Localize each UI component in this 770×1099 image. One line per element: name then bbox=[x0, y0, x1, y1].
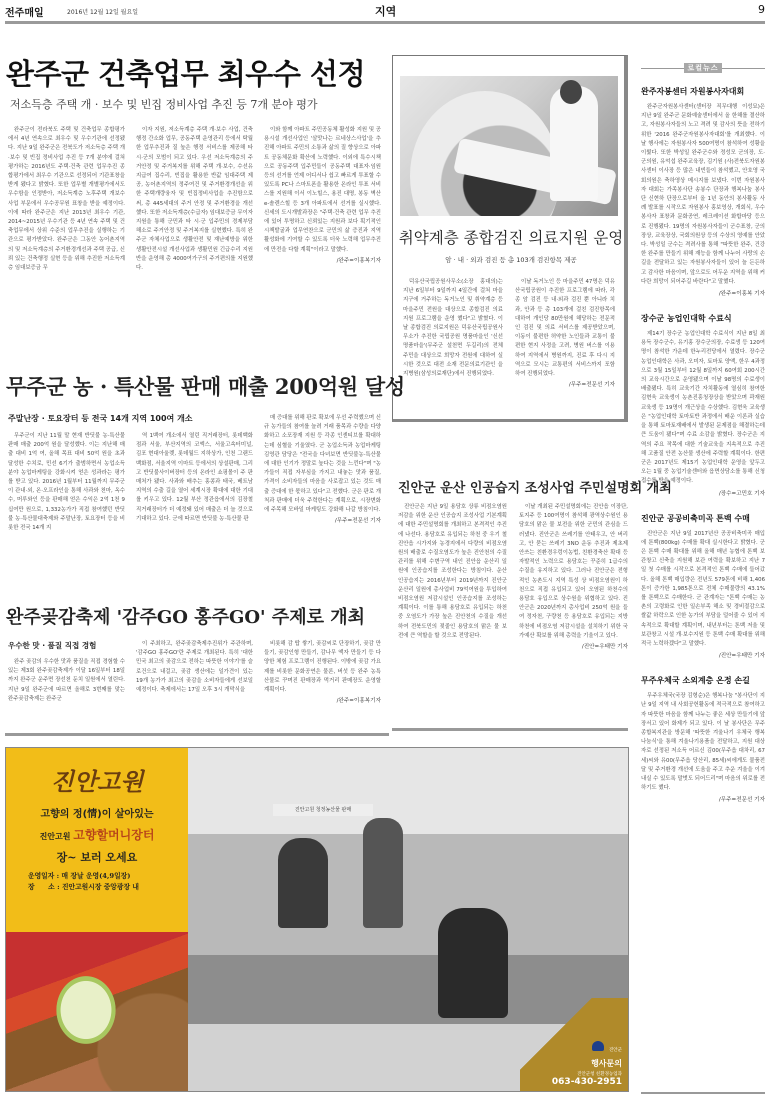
article-2-headline: 취약계층 종합검진 의료지원 운영 bbox=[393, 226, 629, 248]
right-article-4-headline: 무주우체국 소외계층 온정 손길 bbox=[641, 675, 765, 686]
article-3-byline: /무주=전문선 기자 bbox=[264, 517, 381, 526]
article-4-column-1: 진안군은 지난 9일 용담호 상류 비점오염원 저감을 위한 운산 인공습지 조… bbox=[398, 503, 507, 652]
ad-call-to-action: 장~ 보러 오세요 bbox=[6, 849, 188, 865]
article-2-column-2: 이날 독거노인 등 마을주민 47명은 덕유산국립공원이 추진한 프로그램에 따… bbox=[515, 278, 615, 390]
local-news-banner: 로컬뉴스 bbox=[641, 55, 765, 69]
article-4-body: 진안군은 지난 9일 용담호 상류 비점오염원 저감을 위한 운산 인공습지 조… bbox=[398, 503, 628, 652]
article-1-column-1: 완주군이 전라북도 주택 및 건축업무 종합평가에서 4년 연속으로 최우수 및… bbox=[8, 126, 125, 273]
article-5-byline: /완주=이홍복기자 bbox=[264, 697, 381, 706]
article-5-column-2: 이 주최하고, 완주곶감축제추진위가 주관하며, '감주GO 홍주GO'란 주제… bbox=[136, 640, 253, 706]
article-3-column-1: 무주군이 지난 11월 말 현재 반딧불 농·특산물 판매 매출 200억 원을… bbox=[8, 432, 125, 533]
section-title: 지역 bbox=[375, 3, 396, 19]
article-5-end-rule bbox=[5, 733, 389, 736]
doctor-head bbox=[560, 80, 582, 104]
article-4-column-2: 이날 개최된 주민설명회에는 진안읍 이장단, 토지주 등 100여명이 참석해… bbox=[519, 503, 628, 652]
article-1-subheadline: 저소득층 주택 개 · 보수 및 빈집 정비사업 추진 등 7개 분야 평가 bbox=[10, 96, 317, 112]
ad-contact: 진안군 행사문의 진안군청 친환경농업과 063-430-2951 bbox=[552, 1036, 622, 1087]
right-article-4-byline: /무주=전문선 기자 bbox=[641, 795, 765, 803]
local-news-logo: 로컬뉴스 bbox=[684, 63, 721, 73]
article-1-headline: 완주군 건축업무 최우수 선정 bbox=[6, 52, 365, 93]
local-news-column: 로컬뉴스 완주자봉센터 자원봉사자대회 완주군자원봉사센터(센터장 직무대행 이… bbox=[641, 55, 765, 803]
article-5-column-3: 비롯해 감 탑 쌓기, 곶감씨로 단장하기, 곶감 만들기, 곶감인형 만들기,… bbox=[264, 640, 381, 706]
market-advertisement[interactable]: 진안고원 고향의 정(情)이 살아있는 진안고원 고향할머니장터 장~ 보러 오… bbox=[5, 747, 629, 1092]
article-3-headline: 무주군 농 · 특산물 판매 매출 200억원 달성 bbox=[6, 371, 405, 401]
vendor-figure bbox=[438, 908, 508, 1018]
issue-date: 2016년 12월 12일 월요일 bbox=[67, 7, 138, 16]
ad-calligraphy-logo: 진안고원 bbox=[6, 762, 188, 797]
article-3-column-2: 역 1백여 개소에서 열린 직거래장터, 롯데백화점과 서울, 부산지역의 코엑… bbox=[136, 432, 253, 533]
right-column-end-rule bbox=[641, 1092, 765, 1094]
right-article-4-body: 무주우체국(국장 김형순)은 행복나눔 "봉사단이 지난 9일 지역 내 사회공… bbox=[641, 692, 765, 793]
ad-contact-phone: 063-430-2951 bbox=[552, 1077, 622, 1087]
newspaper-name: 전주매일 bbox=[5, 4, 44, 19]
ad-place: 장 소 : 진안고원시장 중앙광장 내 bbox=[28, 882, 188, 893]
article-2-box: 취약계층 종합검진 의료지원 운영 암 · 내 · 외과 검진 등 총 103개… bbox=[392, 55, 628, 422]
ad-text-panel: 진안고원 고향의 정(情)이 살아있는 진안고원 고향할머니장터 장~ 보러 오… bbox=[6, 748, 188, 932]
right-article-2-body: 제14기 장수군 농업인대학 수료식이 지난 8일 최용득 장수군수, 유기홍 … bbox=[641, 330, 765, 486]
article-2-subheadline: 암 · 내 · 외과 검진 등 총 103개 검진항목 제공 bbox=[393, 255, 629, 264]
ad-market-name: 진안고원 고향할머니장터 bbox=[6, 826, 188, 843]
article-1-column-3: 이와 함께 아파트 주민공동체 활성화 지원 및 공용시설 개선사업인 '살맛나… bbox=[264, 126, 381, 273]
right-article-1-byline: /완주=이홍복 기자 bbox=[641, 289, 765, 297]
article-1-body: 완주군이 전라북도 주택 및 건축업무 종합평가에서 4년 연속으로 최우수 및… bbox=[8, 126, 381, 273]
article-3-subheadline: 주말난장 · 토요장터 등 전국 14개 지역 100여 개소 bbox=[8, 413, 193, 424]
shopper-figure bbox=[278, 838, 328, 928]
ad-schedule: 운영일자 : 매 장날 운영(4,9일장) bbox=[28, 871, 188, 882]
article-4-headline: 진안군 운산 인공습지 조성사업 주민설명회 개최 bbox=[398, 477, 672, 496]
article-5-headline: 완주곶감축제 '감주GO 홍주GO' 주제로 개최 bbox=[6, 603, 365, 629]
article-4-byline: /진안=우태만 기자 bbox=[519, 643, 628, 652]
article-2-column-1: 덕유산국립공원사무소(소장 홍대의)는 지난 6일부터 9일까지 4일간에 걸쳐… bbox=[403, 278, 503, 390]
article-5-subheadline: 우수한 맛 · 품질 직접 경험 bbox=[8, 640, 96, 651]
ad-market-photo: 진안고원 청정농산물 판매 진안군 행사문의 진안군청 친환경농업과 063-4… bbox=[188, 748, 629, 1092]
article-5-column-1: 완주 곶감의 우수한 맛과 품질을 직접 경험할 수 있는 제3회 완주곶감축제… bbox=[8, 658, 125, 706]
right-article-3-body: 진안군은 지난 9일 2017년산 공공비축미곡 매입에 톤백(800kg) 수… bbox=[641, 530, 765, 650]
page-number: 9 bbox=[758, 3, 765, 16]
ad-info: 운영일자 : 매 장날 운영(4,9일장) 장 소 : 진안고원시장 중앙광장 … bbox=[6, 871, 188, 893]
right-article-2-headline: 장수군 농업인대학 수료식 bbox=[641, 313, 765, 324]
right-article-1-body: 완주군자원봉사센터(센터장 직무대행 이성묘)은 지난 9일 완주군 문화예술센… bbox=[641, 103, 765, 287]
article-2-body: 덕유산국립공원사무소(소장 홍대의)는 지난 6일부터 9일까지 4일간에 걸쳐… bbox=[403, 278, 615, 390]
right-article-3-headline: 진안군 공공비축미곡 톤백 수매 bbox=[641, 513, 765, 524]
shopper-figure bbox=[363, 818, 403, 928]
article-2-byline: /무주=전문선 기자 bbox=[515, 381, 615, 390]
ad-tagline: 고향의 정(情)이 살아있는 bbox=[6, 805, 188, 820]
article-3-column-3: 매 증대를 위해 판로 확보에 우선 주력했으며 신규 농가들의 참여를 늘려 … bbox=[264, 414, 381, 533]
article-1-byline: /완주=이홍복기자 bbox=[264, 257, 381, 266]
mri-photo bbox=[400, 76, 618, 216]
ad-market-title: 고향할머니장터 bbox=[73, 828, 154, 842]
masthead-rule bbox=[5, 21, 765, 24]
jinan-county-logo-icon bbox=[592, 1041, 604, 1051]
ad-contact-title: 행사문의 bbox=[552, 1058, 622, 1069]
ad-photo-banner: 진안고원 청정농산물 판매 bbox=[273, 804, 373, 816]
article-5-body: 완주 곶감의 우수한 맛과 품질을 직접 경험할 수 있는 제3회 완주곶감축제… bbox=[8, 658, 381, 706]
ad-produce-collage bbox=[6, 932, 188, 1092]
article-4-end-rule bbox=[392, 728, 628, 731]
right-article-1-headline: 완주자봉센터 자원봉사자대회 bbox=[641, 86, 765, 97]
article-3-body: 무주군이 지난 11월 말 현재 반딧불 농·특산물 판매 매출 200억 원을… bbox=[8, 432, 381, 533]
article-1-column-2: 이자 지원, 저소득계층 주택 개·보수 사업, 건축행정 간소화 업무, 공동… bbox=[136, 126, 253, 273]
right-article-3-byline: /진안=우태만 기자 bbox=[641, 651, 765, 659]
